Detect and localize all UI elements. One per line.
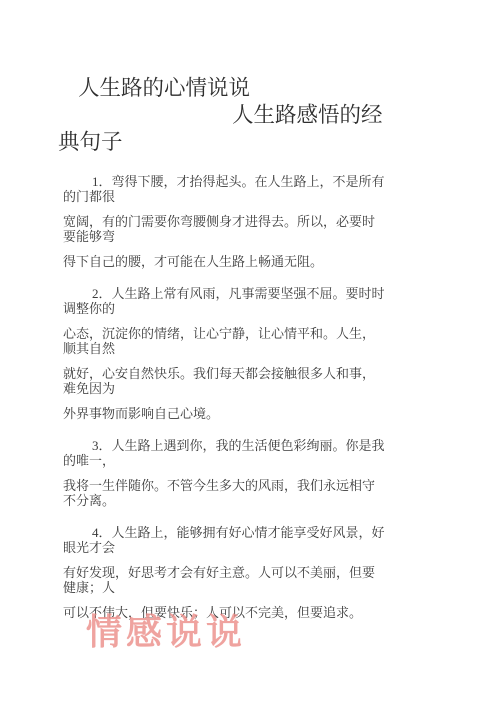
- document-title: 人生路的心情说说 人生路感悟的经 典句子: [58, 75, 383, 156]
- body-text-line: 难免因为: [63, 381, 423, 396]
- body-text-line: 3．人生路上遇到你，我的生活便色彩绚丽。你是我: [63, 438, 423, 453]
- title-line-3: 典句子: [58, 129, 383, 156]
- body-text-line: 得下自己的腰，才可能在人生路上畅通无阻。: [63, 254, 423, 269]
- body-text-line: 1．弯得下腰，才抬得起头。在人生路上，不是所有: [63, 174, 423, 189]
- body-text-line: 我将一生伴随你。不管今生多大的风雨，我们永远相守: [63, 478, 423, 493]
- body-text-line: 的门都很: [63, 189, 423, 204]
- document-page: 人生路的心情说说 人生路感悟的经 典句子 1．弯得下腰，才抬得起头。在人生路上，…: [0, 0, 500, 708]
- body-text-line: 不分离。: [63, 493, 423, 508]
- body-text-line: 外界事物而影响自己心境。: [63, 406, 423, 421]
- body-text-line: 要能够弯: [63, 229, 423, 244]
- body-text-line: 健康；人: [63, 580, 423, 595]
- body-text-line: 2．人生路上常有风雨，凡事需要坚强不屈。要时时: [63, 286, 423, 301]
- title-line-1: 人生路的心情说说: [58, 75, 383, 102]
- watermark-text: 情感说说: [86, 614, 246, 650]
- body-text-line: 宽阔，有的门需要你弯腰侧身才进得去。所以，必要时: [63, 214, 423, 229]
- body-text-line: 眼光才会: [63, 540, 423, 555]
- body-text-line: 顺其自然: [63, 341, 423, 356]
- title-line-2: 人生路感悟的经: [232, 102, 383, 129]
- body-text-line: 4．人生路上，能够拥有好心情才能享受好风景，好: [63, 525, 423, 540]
- body-text-line: 的唯一，: [63, 453, 423, 468]
- document-body: 1．弯得下腰，才抬得起头。在人生路上，不是所有的门都很宽阔，有的门需要你弯腰侧身…: [63, 174, 423, 620]
- body-text-line: 调整你的: [63, 301, 423, 316]
- body-text-line: 就好，心安自然快乐。我们每天都会接触很多人和事，: [63, 366, 423, 381]
- body-text-line: 有好发现，好思考才会有好主意。人可以不美丽，但要: [63, 565, 423, 580]
- body-text-line: 心态，沉淀你的情绪，让心宁静，让心情平和。人生，: [63, 326, 423, 341]
